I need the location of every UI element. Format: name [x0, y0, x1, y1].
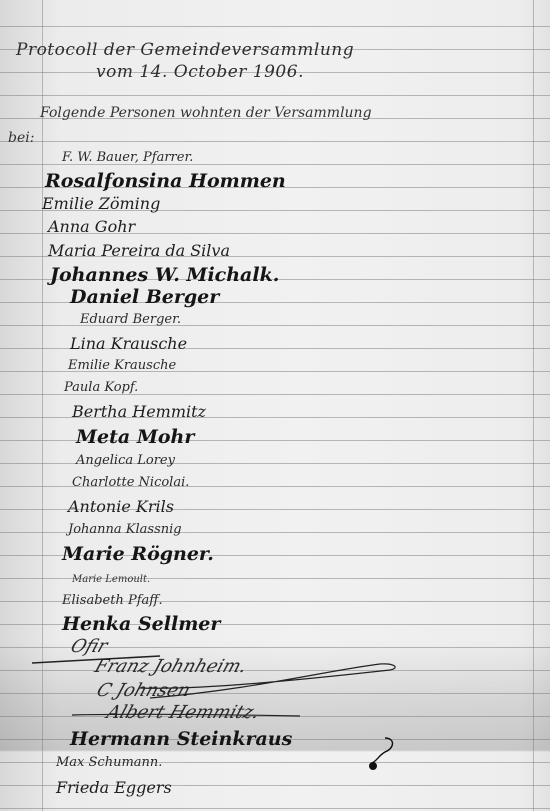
left-margin-line — [42, 0, 43, 811]
signature: Max Schumann. — [56, 755, 162, 770]
signature: Marie Lemoult. — [72, 574, 150, 585]
signature: Ofir — [68, 636, 110, 657]
signature: Marie Rögner. — [62, 543, 214, 565]
signature: Paula Kopf. — [64, 380, 138, 395]
signature: Eduard Berger. — [80, 312, 181, 327]
signature: Angelica Lorey — [76, 453, 175, 468]
signature: Elisabeth Pfaff. — [62, 593, 163, 608]
signature: Rosalfonsina Hommen — [45, 170, 286, 192]
document-date: vom 14. October 1906. — [96, 62, 304, 82]
signature: Emilie Krausche — [68, 358, 176, 373]
intro-text: Folgende Personen wohnten der Versammlun… — [40, 105, 372, 121]
signature: Albert Hemmitz. — [104, 702, 262, 723]
signature: Lina Krausche — [70, 334, 187, 353]
document-title: Protocoll der Gemeindeversammlung — [16, 40, 354, 60]
signature: Meta Mohr — [76, 426, 194, 448]
signature: F. W. Bauer, Pfarrer. — [62, 150, 193, 165]
signature: Henka Sellmer — [62, 613, 220, 635]
signature: Bertha Hemmitz — [72, 402, 206, 421]
signature: Daniel Berger — [70, 286, 219, 308]
document-page: Protocoll der Gemeindeversammlung vom 14… — [0, 0, 550, 811]
signature: Anna Gohr — [48, 217, 135, 236]
signature: Hermann Steinkraus — [70, 728, 292, 750]
signature: Maria Pereira da Silva — [48, 241, 230, 260]
signature: Antonie Krils — [68, 497, 174, 516]
signature: Johannes W. Michalk. — [50, 264, 279, 286]
signature: Emilie Zöming — [42, 194, 160, 213]
signature: C Johnsen — [94, 680, 193, 701]
intro-text-continued: bei: — [8, 130, 34, 146]
signature: Charlotte Nicolai. — [72, 475, 189, 490]
signature: Franz Johnheim. — [92, 656, 249, 677]
signature: Frieda Eggers — [56, 778, 172, 797]
right-margin-line — [533, 0, 534, 811]
signature: Johanna Klassnig — [68, 522, 182, 537]
